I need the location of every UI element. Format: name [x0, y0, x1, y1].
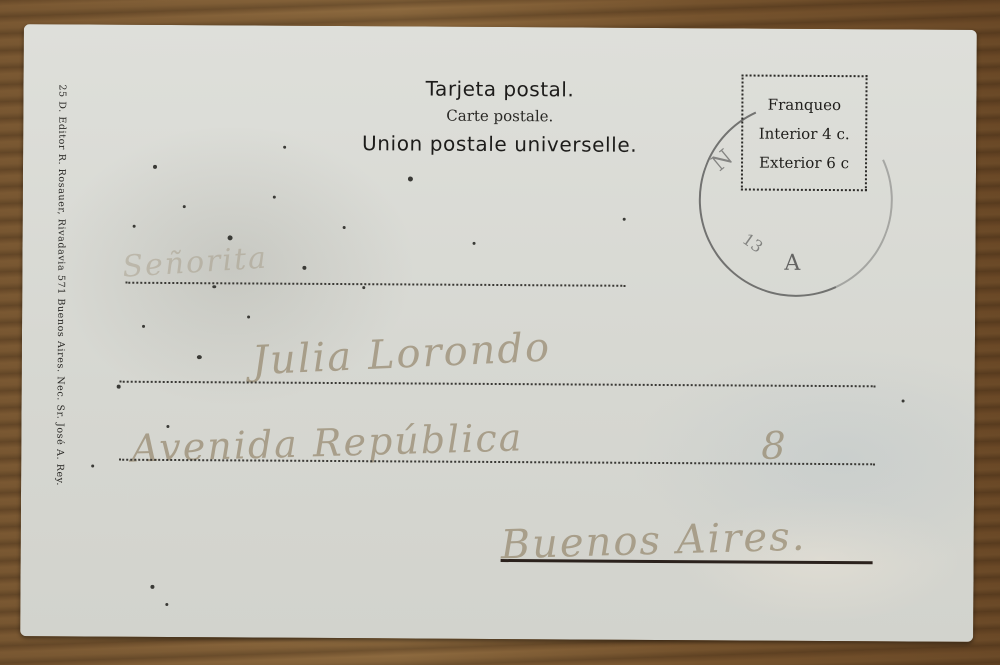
foxing-spot: [166, 425, 169, 428]
foxing-spot: [408, 176, 413, 181]
postmark-letter: A: [784, 251, 800, 276]
foxing-spot: [228, 235, 233, 240]
postage-interior: Interior 4 c.: [743, 119, 865, 149]
foxing-spot: [183, 205, 186, 208]
handwriting-street-number: 8: [761, 424, 787, 468]
foxing-spot: [91, 465, 94, 468]
foxing-spot: [212, 285, 216, 288]
address-line-2: [120, 381, 876, 388]
foxing-spot: [902, 399, 905, 402]
handwriting-salutation: Señorita: [121, 241, 269, 285]
postage-box: Franqueo Interior 4 c. Exterior 6 c: [741, 74, 868, 191]
foxing-spot: [623, 218, 626, 221]
foxing-spot: [343, 226, 346, 229]
foxing-spot: [165, 603, 168, 606]
foxing-spot: [273, 196, 276, 199]
foxing-spot: [153, 165, 157, 169]
foxing-spot: [197, 355, 202, 359]
postcard: Tarjeta postal. Carte postale. Union pos…: [20, 24, 977, 642]
foxing-spot: [247, 315, 250, 318]
foxing-spot: [117, 385, 121, 389]
foxing-spot: [142, 325, 145, 328]
postage-exterior: Exterior 6 c: [743, 148, 865, 178]
publisher-imprint: 25 D. Editor R. Rosauer, Rivadavia 571 B…: [47, 84, 68, 564]
foxing-spot: [133, 225, 136, 228]
address-line-1: [125, 282, 625, 287]
foxing-spot: [302, 266, 306, 270]
postage-heading: Franqueo: [743, 90, 865, 120]
foxing-spot: [283, 146, 286, 149]
foxing-spot: [150, 585, 154, 589]
handwriting-name: Julia Lorondo: [251, 325, 552, 385]
foxing-spot: [473, 242, 476, 245]
foxing-spot: [362, 286, 365, 289]
